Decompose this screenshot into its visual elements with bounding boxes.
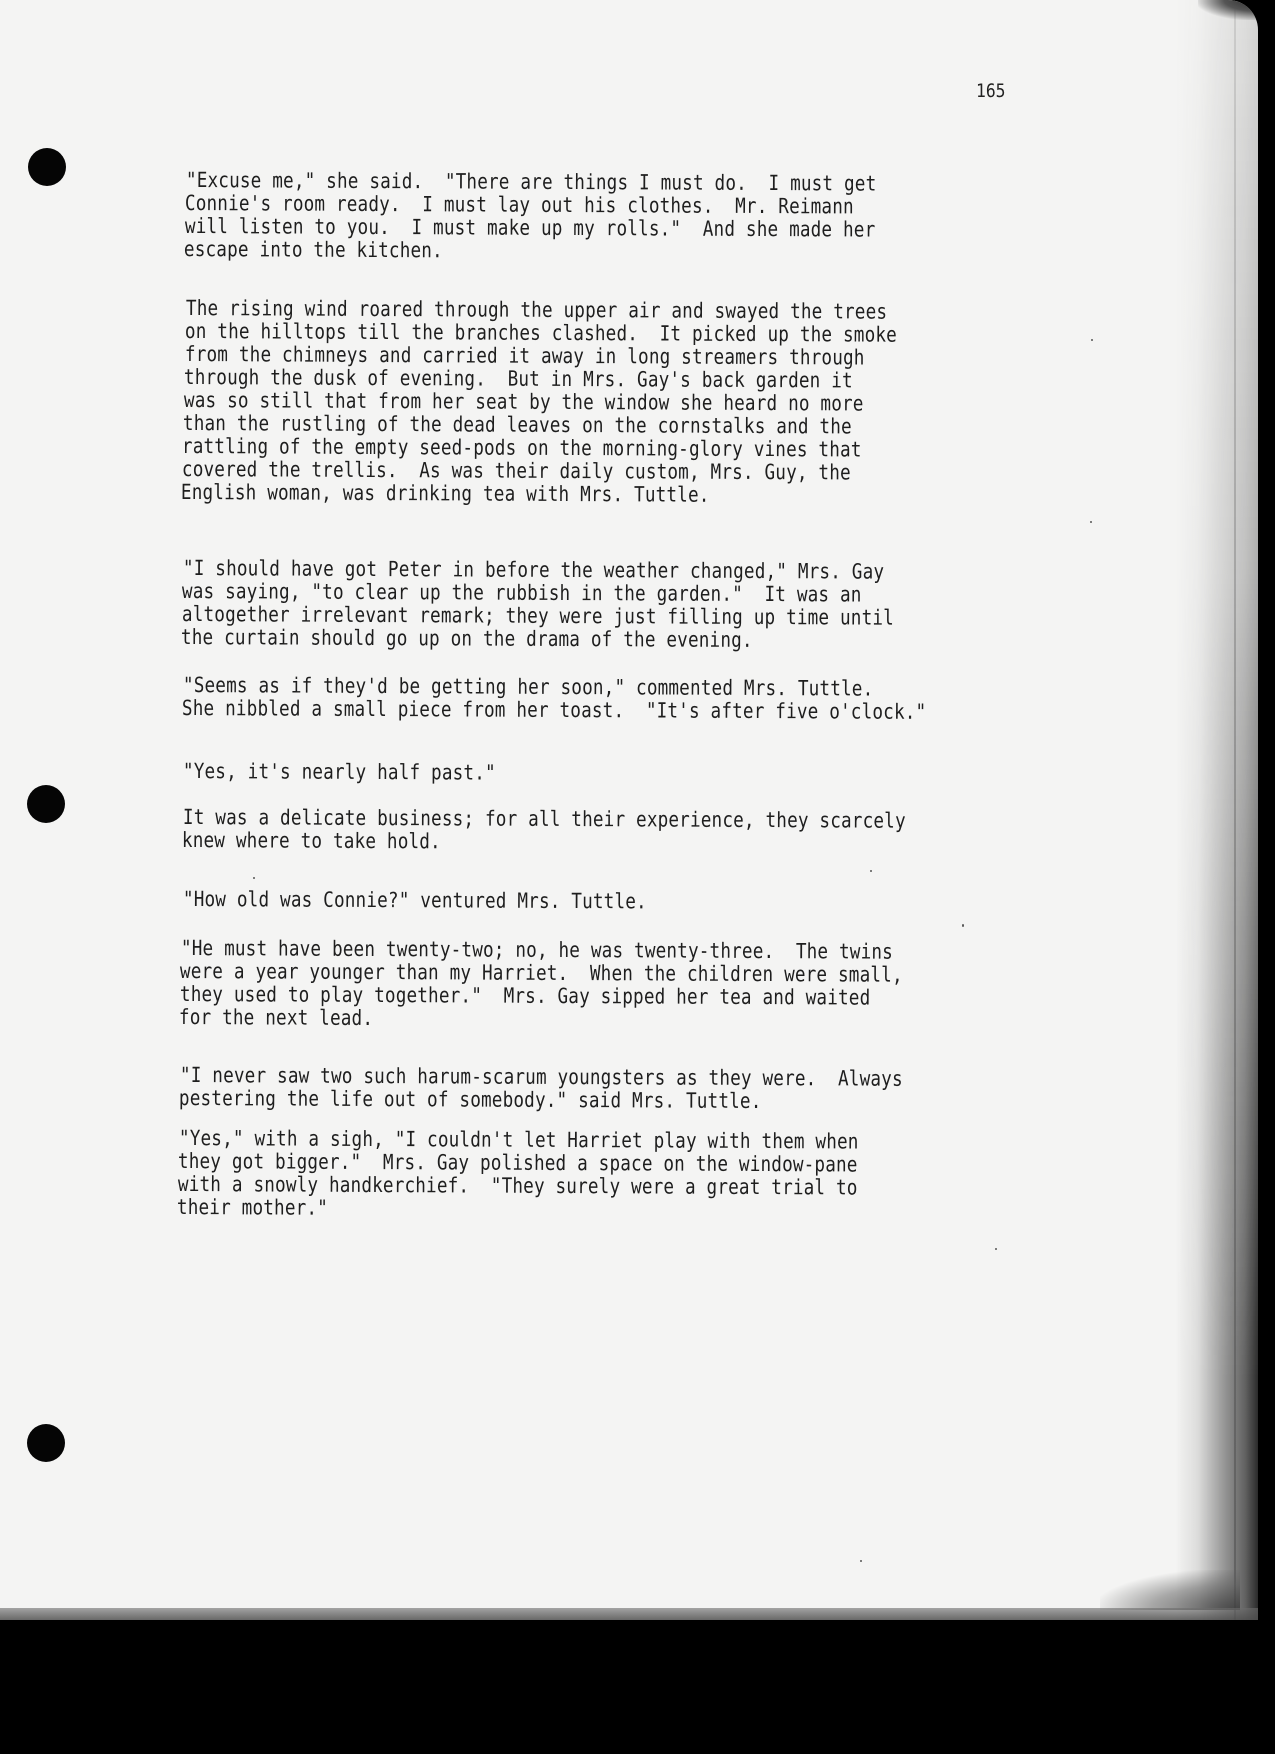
text-line: the curtain should go up on the drama of… <box>181 626 753 652</box>
text-line: knew where to take hold. <box>182 829 441 853</box>
text-line: pestering the life out of somebody." sai… <box>179 1087 762 1113</box>
text-line: escape into the kitchen. <box>184 238 443 262</box>
text-line: "How old was Connie?" ventured Mrs. Tutt… <box>183 888 647 913</box>
page-edge-shadow <box>1148 0 1258 1620</box>
punch-hole-icon <box>27 1424 65 1462</box>
scan-speck <box>995 1248 997 1250</box>
document-page: 165 "Excuse me," she said. "There are th… <box>0 0 1258 1620</box>
text-line: their mother." <box>177 1196 328 1220</box>
page-bottom-curl <box>1100 1570 1240 1610</box>
page-number: 165 <box>976 80 1006 102</box>
text-line: She nibbled a small piece from her toast… <box>182 697 926 724</box>
scan-speck <box>1091 339 1093 341</box>
scan-speck <box>860 1560 862 1562</box>
scan-speck <box>1090 521 1092 523</box>
scan-background: 165 "Excuse me," she said. "There are th… <box>0 0 1275 1754</box>
scan-speck <box>962 924 964 927</box>
scan-speck <box>870 870 872 872</box>
page-bottom-shadow <box>0 1608 1258 1620</box>
text-line: "Yes, it's nearly half past." <box>183 760 496 785</box>
text-line: English woman, was drinking tea with Mrs… <box>181 481 710 507</box>
punch-hole-icon <box>27 785 65 823</box>
text-line: for the next lead. <box>179 1006 373 1030</box>
page-corner-curl <box>1198 0 1258 20</box>
page-fold-line <box>1234 0 1236 1620</box>
scan-speck <box>253 877 255 879</box>
punch-hole-icon <box>28 148 66 186</box>
